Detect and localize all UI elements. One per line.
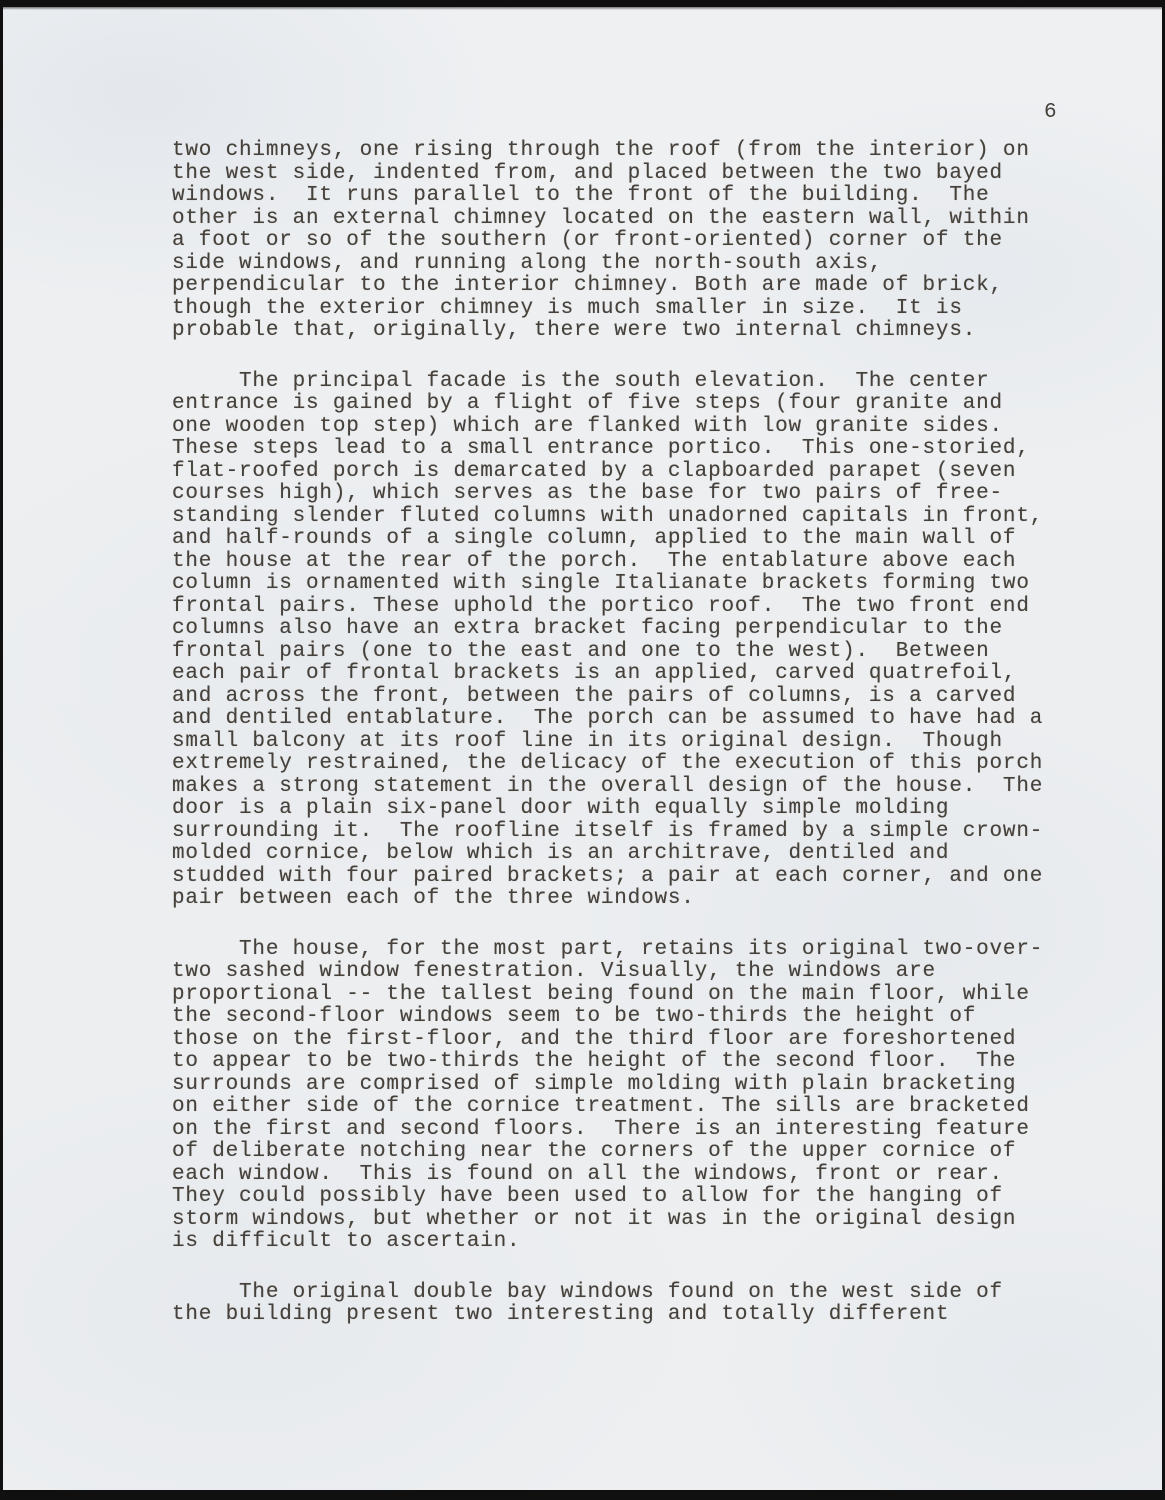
paragraph-principal-facade: The principal facade is the south elevat…: [172, 371, 1072, 911]
page-number: 6: [1044, 101, 1057, 124]
document-body-text: two chimneys, one rising through the roo…: [172, 140, 1072, 1355]
paragraph-double-bay-windows: The original double bay windows found on…: [172, 1282, 1072, 1327]
paragraph-chimneys: two chimneys, one rising through the roo…: [172, 140, 1072, 343]
scan-edge-shadow: [3, 7, 1162, 10]
paragraph-window-fenestration: The house, for the most part, retains it…: [172, 939, 1072, 1254]
